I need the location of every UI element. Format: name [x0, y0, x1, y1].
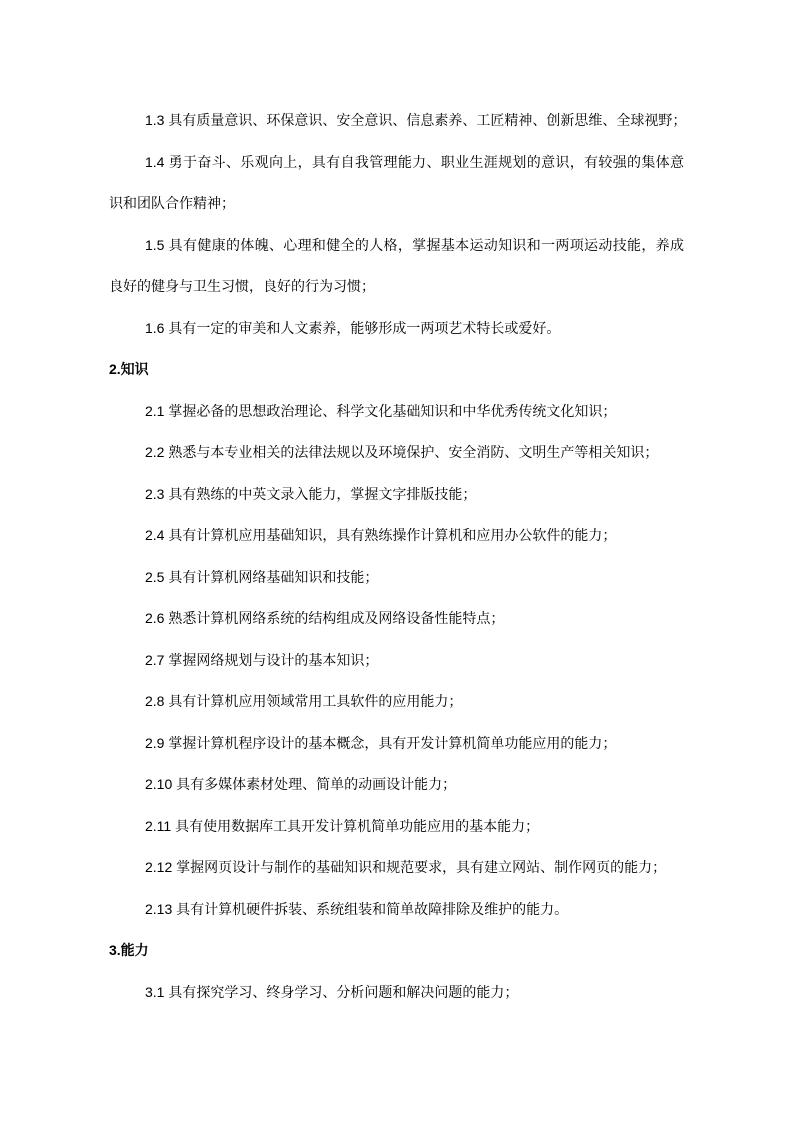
- list-item-2-13-line: 2.13 具有计算机硬件拆装、系统组装和简单故障排除及维护的能力。: [109, 889, 684, 931]
- section-heading-knowledge: 2.知识: [109, 349, 684, 391]
- list-item-1-5-line-2: 良好的健身与卫生习惯，良好的行为习惯；: [109, 266, 684, 308]
- list-item-1-4-line-2: 识和团队合作精神；: [109, 183, 684, 225]
- list-item-1-5-line-1: 1.5 具有健康的体魄、心理和健全的人格，掌握基本运动知识和一两项运动技能，养成: [109, 225, 684, 267]
- list-item-3-1-line: 3.1 具有探究学习、终身学习、分析问题和解决问题的能力；: [109, 972, 684, 1014]
- list-item-1-3-line: 1.3 具有质量意识、环保意识、安全意识、信息素养、工匠精神、创新思维、全球视野…: [109, 100, 684, 142]
- list-item-2-3-line: 2.3 具有熟练的中英文录入能力，掌握文字排版技能；: [109, 474, 684, 516]
- list-item-2-1-line: 2.1 掌握必备的思想政治理论、科学文化基础知识和中华优秀传统文化知识；: [109, 391, 684, 433]
- list-item-2-9-line: 2.9 掌握计算机程序设计的基本概念，具有开发计算机简单功能应用的能力；: [109, 723, 684, 765]
- list-item-1-4-line-1: 1.4 勇于奋斗、乐观向上，具有自我管理能力、职业生涯规划的意识，有较强的集体意: [109, 142, 684, 184]
- list-item-2-6-line: 2.6 熟悉计算机网络系统的结构组成及网络设备性能特点；: [109, 598, 684, 640]
- list-item-2-7-line: 2.7 掌握网络规划与设计的基本知识；: [109, 640, 684, 682]
- list-item-2-8-line: 2.8 具有计算机应用领域常用工具软件的应用能力；: [109, 681, 684, 723]
- document-page: 1.3 具有质量意识、环保意识、安全意识、信息素养、工匠精神、创新思维、全球视野…: [0, 0, 794, 1123]
- section-heading-ability: 3.能力: [109, 930, 684, 972]
- list-item-2-2-line: 2.2 熟悉与本专业相关的法律法规以及环境保护、安全消防、文明生产等相关知识；: [109, 432, 684, 474]
- list-item-2-12-line: 2.12 掌握网页设计与制作的基础知识和规范要求，具有建立网站、制作网页的能力；: [109, 847, 684, 889]
- document-body: 1.3 具有质量意识、环保意识、安全意识、信息素养、工匠精神、创新思维、全球视野…: [0, 0, 794, 1013]
- list-item-1-6-line: 1.6 具有一定的审美和人文素养，能够形成一两项艺术特长或爱好。: [109, 308, 684, 350]
- list-item-2-11-line: 2.11 具有使用数据库工具开发计算机简单功能应用的基本能力；: [109, 806, 684, 848]
- list-item-2-5-line: 2.5 具有计算机网络基础知识和技能；: [109, 557, 684, 599]
- list-item-2-10-line: 2.10 具有多媒体素材处理、简单的动画设计能力；: [109, 764, 684, 806]
- list-item-2-4-line: 2.4 具有计算机应用基础知识，具有熟练操作计算机和应用办公软件的能力；: [109, 515, 684, 557]
